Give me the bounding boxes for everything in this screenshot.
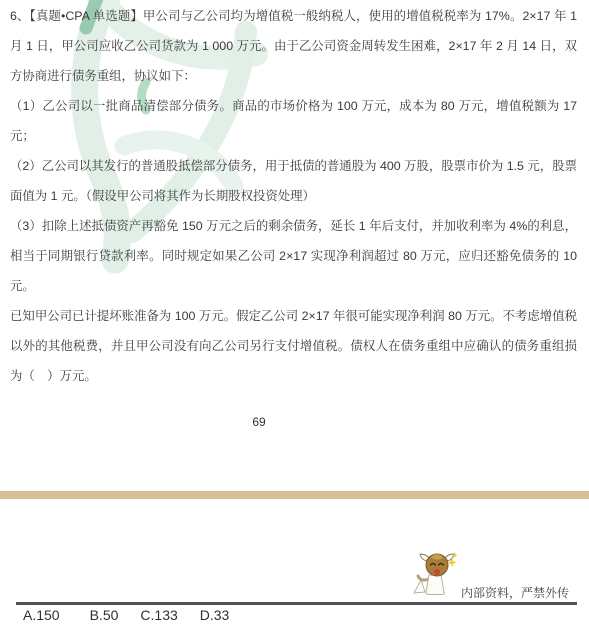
question-line-9: 相当于同期银行贷款利率。同时规定如果乙公司 2×17 实现净利润超过 80 万元…: [10, 241, 577, 271]
page-number: 69: [229, 415, 289, 429]
question-line-11: 已知甲公司已计提坏账准备为 100 万元。假定乙公司 2×17 年很可能实现净利…: [10, 301, 577, 331]
cow-mascot-icon: [411, 551, 459, 597]
question-line-12: 以外的其他税费，并且甲公司没有向乙公司另行支付增值税。债权人在债务重组中应确认的…: [10, 331, 577, 361]
question-body: 6、【真题•CPA 单选题】甲公司与乙公司均为增值税一般纳税人，使用的增值税税率…: [10, 1, 577, 391]
answer-option-b: B.50: [90, 607, 119, 623]
answer-option-c: C.133: [140, 607, 177, 623]
question-line-2: 月 1 日，甲公司应收乙公司货款为 1 000 万元。由于乙公司资金周转发生困难…: [10, 31, 577, 61]
answer-option-a: A.150: [23, 607, 60, 623]
question-line-3: 方协商进行债务重组，协议如下：: [10, 61, 577, 91]
answer-options-row: A.150 B.50 C.133 D.33: [23, 607, 229, 623]
page-divider-band: [0, 491, 589, 499]
question-line-4: （1）乙公司以一批商品清偿部分债务。商品的市场价格为 100 万元，成本为 80…: [10, 91, 577, 121]
question-line-10: 元。: [10, 271, 577, 301]
question-line-6: （2）乙公司以其发行的普通股抵偿部分债务，用于抵债的普通股为 400 万股，股票…: [10, 151, 577, 181]
answer-option-d: D.33: [200, 607, 230, 623]
question-line-8: （3）扣除上述抵债资产再豁免 150 万元之后的剩余债务，延长 1 年后支付，并…: [10, 211, 577, 241]
question-line-13: 为（ ）万元。: [10, 361, 577, 391]
question-line-5: 元；: [10, 121, 577, 151]
confidential-note: 内部资料，严禁外传: [461, 584, 577, 601]
question-line-7: 面值为 1 元。（假设甲公司将其作为长期股权投资处理）: [10, 181, 577, 211]
header-rule: [16, 602, 577, 605]
question-line-1: 6、【真题•CPA 单选题】甲公司与乙公司均为增值税一般纳税人，使用的增值税税率…: [10, 1, 577, 31]
